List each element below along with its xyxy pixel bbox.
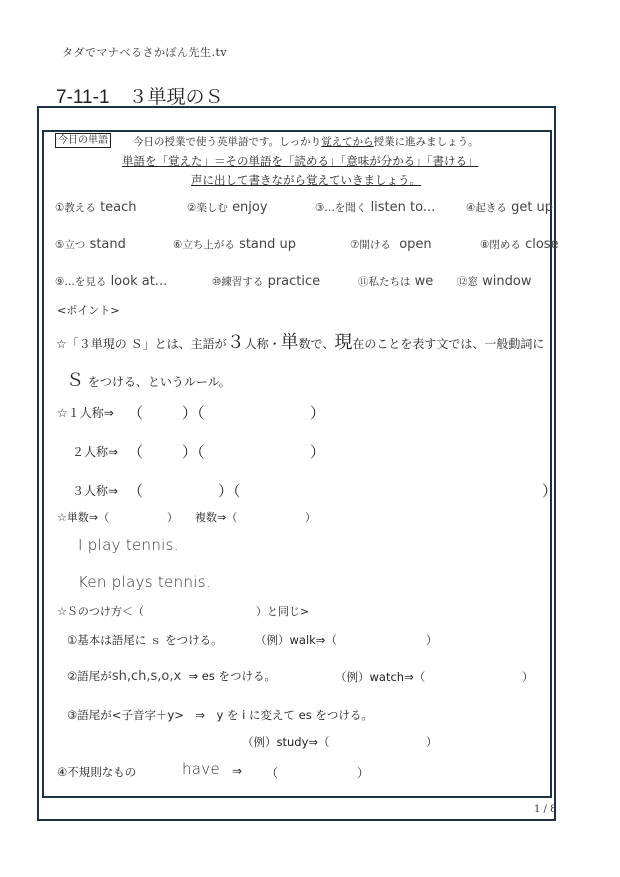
def-text: 数で、 — [299, 337, 335, 351]
vocab-num: ① — [55, 202, 64, 214]
rule-3-text: ③語尾が<子音字＋y> ⇒ y を i に変えて es をつける。 — [67, 707, 373, 723]
page-number: 1 / 8 — [534, 804, 556, 815]
vocab-item: ③…を聞く listen to... — [315, 200, 435, 215]
vocab-tag: 今日の単語 — [55, 133, 111, 148]
rule-1-text: ①基本は語尾に ｓ をつける。 — [67, 632, 223, 648]
vocab-num: ⑨ — [55, 276, 64, 288]
vocab-en: teach — [100, 200, 136, 215]
s-rules-heading-end: ）と同じ> — [256, 603, 309, 619]
example-sentence-1: I play tennis. — [78, 536, 179, 554]
memorize-rule-line1: 単語を「覚えた」＝その単語を「読める」「意味が分かる」「書ける」 — [122, 153, 479, 169]
s-rules-heading-start: ☆Ｓのつけ方＜（ — [57, 603, 144, 619]
vocab-en: stand up — [239, 237, 296, 252]
memorize-rule-line2: 声に出して書きながら覚えていきましょう。 — [191, 172, 421, 188]
vocab-item: ⑥立ち上がる stand up — [173, 237, 296, 252]
rule-4-arrow: ⇒ — [232, 764, 242, 778]
vocab-item: ⑦開ける open — [350, 237, 432, 252]
rule-4-close: ） — [357, 764, 369, 781]
plural-close: ） — [305, 509, 316, 525]
def-emphasis: 単 — [281, 332, 299, 353]
def-text: ☆「３単現の Ｓ」とは、主語が — [56, 337, 227, 351]
rule-4-label: ④不規則なもの — [57, 764, 136, 780]
intro-emphasis: 覚えてから — [321, 136, 374, 148]
rule-1-example: （例）walk⇒（ — [255, 632, 337, 648]
third-person-row: ３人称⇒ — [72, 482, 118, 499]
site-name: タダでマナべるさかぽん先生.tv — [62, 44, 227, 60]
vocab-item: ⑪私たちは we — [358, 274, 433, 289]
rule-4-word: have — [182, 760, 220, 778]
vocab-en: look at... — [111, 274, 168, 289]
content-box — [42, 130, 552, 798]
rule-2-text: ②語尾がsh,ch,s,o,x ⇒ es をつける。 — [67, 668, 276, 684]
blank-mid: ）（ — [182, 402, 205, 423]
vocab-en: practice — [268, 274, 321, 289]
vocab-num: ④ — [466, 202, 475, 214]
vocab-item: ⑩練習する practice — [212, 274, 320, 289]
vocab-num: ⑫ — [457, 276, 468, 288]
definition-line2: Ｓ をつける、というルール。 — [66, 366, 231, 392]
vocab-num: ⑦ — [350, 239, 359, 251]
rule-2-prefix: ②語尾が — [67, 669, 112, 683]
blank-mid: ）（ — [218, 480, 241, 501]
vocab-item: ②楽しむ enjoy — [187, 200, 268, 215]
vocab-item: ①教える teach — [55, 200, 137, 215]
person-label: ☆１人称⇒ — [57, 406, 114, 420]
first-person-row: ☆１人称⇒ — [57, 404, 114, 421]
vocab-en: close — [525, 237, 558, 252]
blank-open: （ — [128, 402, 143, 423]
vocab-item: ⑤立つ stand — [55, 237, 126, 252]
rule-1-close: ） — [426, 632, 438, 648]
blank-open: （ — [128, 480, 143, 501]
vocab-num: ⑤ — [55, 239, 64, 251]
vocab-item: ④起きる get up — [466, 200, 553, 215]
example-sentence-2: Ken plays tennis. — [78, 573, 211, 591]
second-person-row: ２人称⇒ — [72, 443, 118, 460]
blank-close: ） — [310, 441, 325, 462]
def-text: 在のことを表す文では、一般動詞に — [352, 337, 544, 351]
vocab-jp: 楽しむ — [196, 202, 228, 214]
intro-text-end: 授業に進みましょう。 — [374, 136, 479, 148]
vocab-item: ⑨…を見る look at... — [55, 274, 167, 289]
blank-open: （ — [128, 441, 143, 462]
def-emphasis: ３ — [227, 332, 245, 353]
vocab-num: ③ — [315, 202, 324, 214]
vocab-en: stand — [90, 237, 126, 252]
vocab-item: ⑧閉める close — [480, 237, 559, 252]
lesson-title: 7-11-1 ３単現のＳ — [56, 82, 224, 109]
vocab-en: window — [482, 274, 531, 289]
def-emphasis: Ｓ — [66, 370, 84, 391]
vocab-jp: 窓 — [468, 276, 479, 288]
vocab-jp: 閉める — [489, 239, 521, 251]
vocab-en: get up — [511, 200, 553, 215]
rule-2-suffix: ⇒ es をつける。 — [188, 669, 276, 683]
def-emphasis: 現 — [334, 332, 352, 353]
rule-2-close: ） — [522, 669, 534, 685]
rule-2-example: （例）watch⇒（ — [335, 669, 425, 685]
vocab-num: ⑪ — [358, 276, 369, 288]
vocab-num: ⑩ — [212, 276, 221, 288]
vocab-en: we — [415, 274, 434, 289]
vocab-intro: 今日の授業で使う英単語です。しっかり覚えてから授業に進みましょう。 — [133, 134, 479, 149]
vocab-num: ② — [187, 202, 196, 214]
rule-2-endings: sh,ch,s,o,x — [112, 669, 181, 684]
def-text: をつける、というルール。 — [88, 375, 231, 389]
singular-close: ） — [167, 509, 178, 525]
vocab-num: ⑧ — [480, 239, 489, 251]
rule-4-open: （ — [266, 764, 278, 781]
blank-close: ） — [310, 402, 325, 423]
intro-text: 今日の授業で使う英単語です。しっかり — [133, 136, 321, 148]
vocab-jp: 練習する — [221, 276, 263, 288]
point-heading: <ポイント> — [57, 302, 119, 318]
vocab-jp: 教える — [64, 202, 96, 214]
vocab-jp: 私たちは — [369, 276, 411, 288]
definition-line1: ☆「３単現の Ｓ」とは、主語が３人称・単数で、現在のことを表す文では、一般動詞に — [56, 328, 544, 354]
rule-3-close: ） — [426, 734, 438, 750]
vocab-jp: 起きる — [475, 202, 507, 214]
vocab-jp: 開ける — [359, 239, 391, 251]
plural-label: 複数⇒（ — [195, 509, 237, 525]
vocab-en: listen to... — [371, 200, 436, 215]
blank-mid: ）（ — [182, 441, 205, 462]
vocab-en: open — [399, 237, 431, 252]
rule-3-example: （例）study⇒（ — [242, 734, 330, 750]
vocab-num: ⑥ — [173, 239, 182, 251]
vocab-en: enjoy — [232, 200, 268, 215]
vocab-jp: …を見る — [64, 276, 106, 288]
vocab-jp: 立つ — [64, 239, 85, 251]
singular-label: ☆単数⇒（ — [57, 509, 109, 525]
vocab-jp: …を聞く — [324, 202, 366, 214]
vocab-jp: 立ち上がる — [182, 239, 235, 251]
def-text: 人称・ — [245, 337, 281, 351]
vocab-item: ⑫窓 window — [457, 274, 531, 289]
blank-close: ） — [542, 480, 557, 501]
